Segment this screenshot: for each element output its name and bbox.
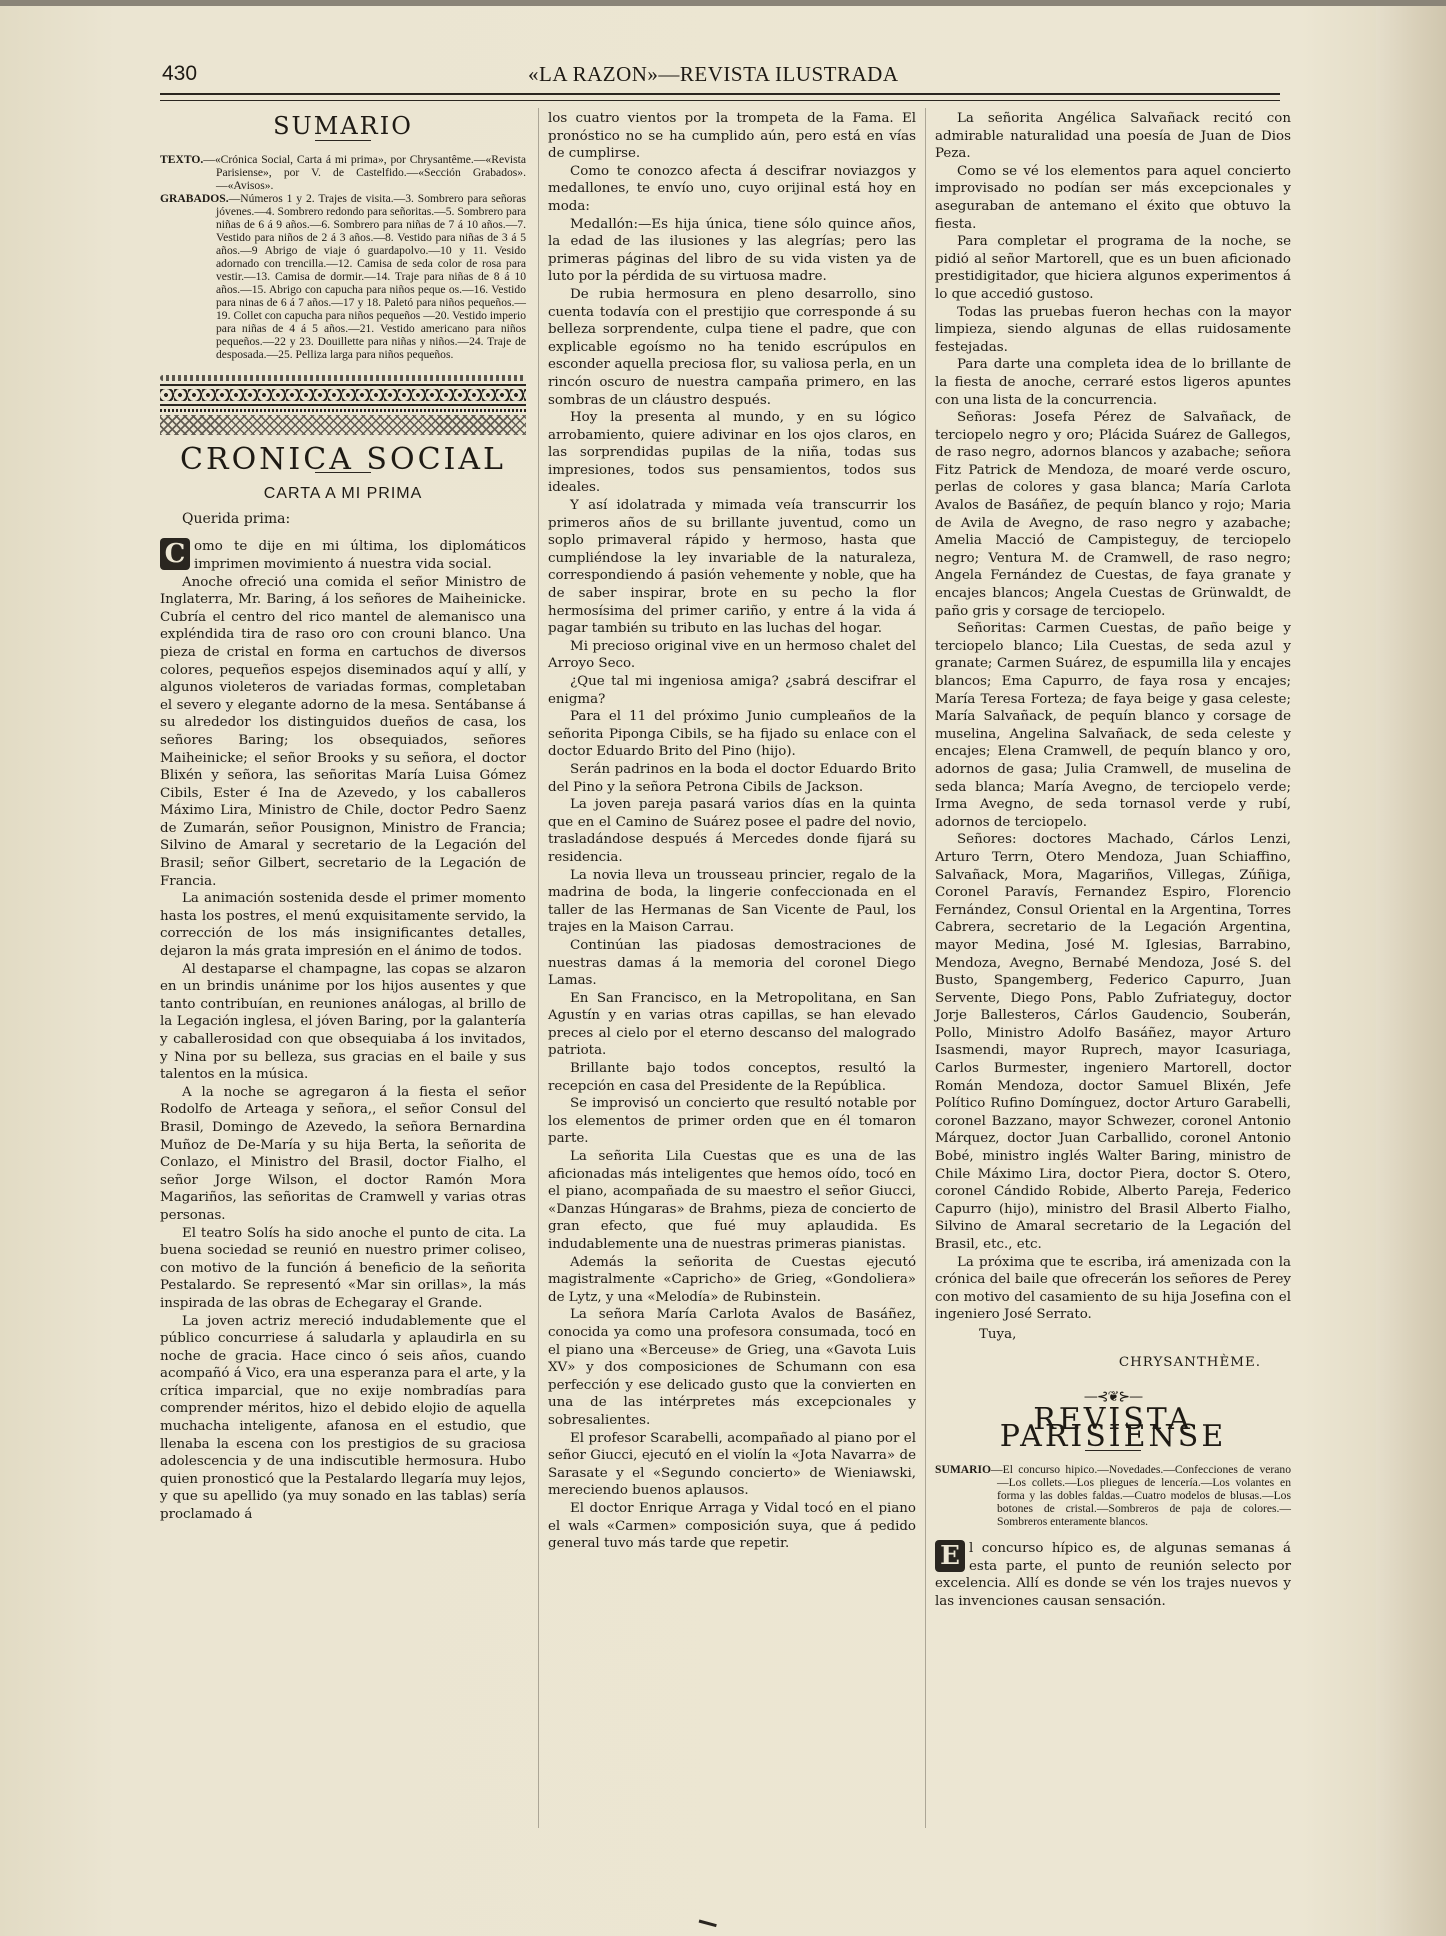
sumario-label: SUMARIO <box>935 1463 991 1476</box>
paragraph: Mi precioso original vive en un hermoso … <box>548 638 916 673</box>
paragraph: De rubia hermosura en pleno desarrollo, … <box>548 286 916 409</box>
paragraph: Señores: doctores Machado, Cárlos Lenzi,… <box>935 831 1291 1253</box>
top-edge <box>0 0 1446 6</box>
dropcap-e: E <box>935 1540 965 1572</box>
paragraph: Serán padrinos en la boda el doctor Edua… <box>548 761 916 796</box>
paragraph: Como te conozco afecta á descifrar novia… <box>548 163 916 216</box>
sumario-title: SUMARIO <box>160 118 526 136</box>
paragraph: La animación sostenida desde el primer m… <box>160 890 526 960</box>
revista-sumario-entry: SUMARIO—El concurso hipico.—Novedades.—C… <box>935 1463 1291 1528</box>
paragraph: Continúan las piadosas demostraciones de… <box>548 937 916 990</box>
column-divider <box>538 108 539 1828</box>
sumario-content: —El concurso hipico.—Novedades.—Confecci… <box>991 1463 1291 1528</box>
column-2: los cuatro vientos por la trompeta de la… <box>548 110 916 1553</box>
sumario-texto: TEXTO.—«Crónica Social, Carta á mi prima… <box>160 153 526 192</box>
header-rule <box>160 93 1280 101</box>
column-3: La señorita Angélica Salvañack recitó co… <box>935 110 1291 1610</box>
paragraph: Para el 11 del próximo Junio cumpleaños … <box>548 708 916 761</box>
paragraph: Señoras: Josefa Pérez de Salvañack, de t… <box>935 409 1291 620</box>
texto-content: —«Crónica Social, Carta á mi prima», por… <box>203 153 526 192</box>
paragraph: Además la señorita de Cuestas ejecutó ma… <box>548 1254 916 1307</box>
masthead: «LA RAZON»—REVISTA ILUSTRADA <box>528 62 899 87</box>
grabados-content: —Números 1 y 2. Trajes de visita.—3. Som… <box>216 192 526 361</box>
paragraph: En San Francisco, en la Metropolitana, e… <box>548 990 916 1060</box>
paragraph: La señorita Angélica Salvañack recitó co… <box>935 110 1291 163</box>
column-1: SUMARIO TEXTO.—«Crónica Social, Carta á … <box>160 110 526 1524</box>
texto-label: TEXTO. <box>160 153 203 166</box>
paragraph: La joven actriz mereció indudablemente q… <box>160 1313 526 1524</box>
paragraph: omo te dije en mi última, los diplomátic… <box>160 538 526 573</box>
cronica-title: CRONICA SOCIAL <box>160 451 526 469</box>
closing: Tuya, <box>979 1326 1291 1344</box>
paragraph: La joven pareja pasará varios días en la… <box>548 796 916 866</box>
wave-ornament <box>160 375 526 381</box>
paragraph: ¿Que tal mi ingeniosa amiga? ¿sabrá desc… <box>548 673 916 708</box>
revista-title: REVISTA PARISIENSE <box>935 1411 1291 1446</box>
sumario-block: TEXTO.—«Crónica Social, Carta á mi prima… <box>160 153 526 361</box>
cronica-subtitle: CARTA A MI PRIMA <box>160 485 526 503</box>
fleur-ornament <box>160 415 526 435</box>
ornament-line <box>160 404 526 406</box>
salutation: Querida prima: <box>182 511 526 529</box>
first-paragraph: C omo te dije en mi última, los diplomát… <box>160 538 526 573</box>
paragraph: Medallón:—Es hija única, tiene sólo quin… <box>548 216 916 286</box>
paragraph: Al destaparse el champagne, las copas se… <box>160 961 526 1084</box>
paragraph: La próxima que te escriba, irá amenizada… <box>935 1254 1291 1324</box>
ornamental-border <box>160 375 526 433</box>
column-divider <box>925 108 926 1828</box>
paragraph: Para completar el programa de la noche, … <box>935 233 1291 303</box>
page-edge <box>1376 0 1446 1936</box>
paragraph: Todas las pruebas fueron hechas con la m… <box>935 304 1291 357</box>
scroll-ornament <box>160 389 526 401</box>
paragraph: El teatro Solís ha sido anoche el punto … <box>160 1225 526 1313</box>
paragraph: La señora María Carlota Avalos de Basáñe… <box>548 1306 916 1429</box>
ornament-dots <box>160 409 526 412</box>
paragraph: El doctor Enrique Arraga y Vidal tocó en… <box>548 1500 916 1553</box>
paragraph: A la noche se agregaron á la fiesta el s… <box>160 1084 526 1225</box>
paragraph: Y así idolatrada y mimada veía transcurr… <box>548 497 916 638</box>
paragraph: l concurso hípico es, de algunas semanas… <box>935 1540 1291 1610</box>
grabados-label: GRABADOS. <box>160 192 229 205</box>
paragraph: La señorita Lila Cuestas que es una de l… <box>548 1148 916 1254</box>
paragraph: Se improvisó un concierto que resultó no… <box>548 1095 916 1148</box>
page-number: 430 <box>162 62 197 86</box>
signature: CHRYSANTHÈME. <box>935 1354 1261 1372</box>
paragraph: Señoritas: Carmen Cuestas, de paño beige… <box>935 620 1291 831</box>
paragraph: La novia lleva un trousseau princier, re… <box>548 867 916 937</box>
paragraph: Como se vé los elementos para aquel conc… <box>935 163 1291 233</box>
paragraph: Anoche ofreció una comida el señor Minis… <box>160 574 526 891</box>
page-header: 430 «LA RAZON»—REVISTA ILUSTRADA <box>160 62 1280 92</box>
paragraph: El profesor Scarabelli, acompañado al pi… <box>548 1430 916 1500</box>
revista-first-paragraph: E l concurso hípico es, de algunas seman… <box>935 1540 1291 1610</box>
ornament-line <box>160 384 526 386</box>
revista-sumario: SUMARIO—El concurso hipico.—Novedades.—C… <box>935 1463 1291 1528</box>
paragraph: Brillante bajo todos conceptos, resultó … <box>548 1060 916 1095</box>
dropcap-c: C <box>160 538 190 570</box>
sumario-grabados: GRABADOS.—Números 1 y 2. Trajes de visit… <box>160 192 526 361</box>
paragraph: los cuatro vientos por la trompeta de la… <box>548 110 916 163</box>
paragraph: Hoy la presenta al mundo, y en su lógico… <box>548 409 916 497</box>
paragraph: Para darte una completa idea de lo brill… <box>935 356 1291 409</box>
